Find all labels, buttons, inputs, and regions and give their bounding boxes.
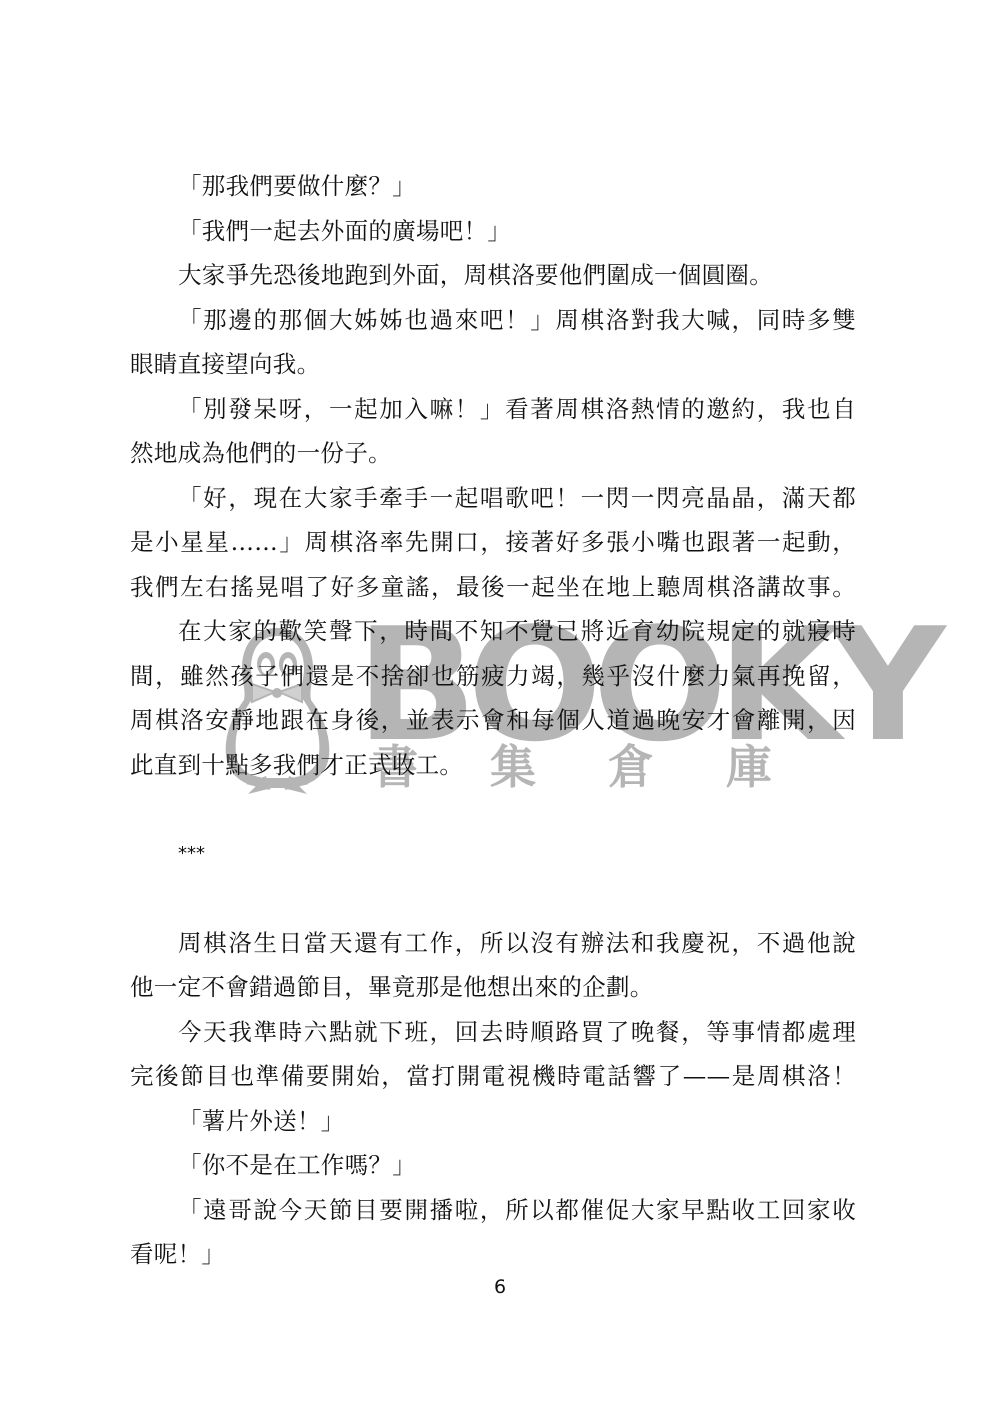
paragraph-line: 周棋洛生日當天還有工作，所以沒有辦法和我慶祝，不過他說 <box>130 921 856 966</box>
paragraph-line: 是小星星……」周棋洛率先開口，接著好多張小嘴也跟著一起動， <box>130 520 856 565</box>
paragraph-line: 完後節目也準備要開始，當打開電視機時電話響了——是周棋洛！ <box>130 1054 856 1099</box>
paragraph-line: 「我們一起去外面的廣場吧！」 <box>130 209 856 254</box>
paragraph-line: 「薯片外送！」 <box>130 1099 856 1144</box>
spacer <box>130 787 856 832</box>
paragraph-line: 「好，現在大家手牽手一起唱歌吧！一閃一閃亮晶晶，滿天都 <box>130 476 856 521</box>
paragraph-line: 看呢！」 <box>130 1232 856 1277</box>
paragraph-line: 間，雖然孩子們還是不捨卻也筋疲力竭，幾乎沒什麼力氣再挽留， <box>130 654 856 699</box>
paragraph-line: 此直到十點多我們才正式收工。 <box>130 743 856 788</box>
page-number: 6 <box>0 1272 1000 1302</box>
paragraph-line: 「那我們要做什麼？」 <box>130 164 856 209</box>
paragraph-line: 「你不是在工作嗎？」 <box>130 1143 856 1188</box>
spacer <box>130 876 856 921</box>
document-body: 「那我們要做什麼？」 「我們一起去外面的廣場吧！」 大家爭先恐後地跑到外面，周棋… <box>130 164 856 1277</box>
section-separator: *** <box>130 832 856 877</box>
paragraph-line: 「遠哥說今天節目要開播啦，所以都催促大家早點收工回家收 <box>130 1188 856 1233</box>
paragraph-line: 他一定不會錯過節目，畢竟那是他想出來的企劃。 <box>130 965 856 1010</box>
paragraph-line: 然地成為他們的一份子。 <box>130 431 856 476</box>
paragraph-line: 大家爭先恐後地跑到外面，周棋洛要他們圍成一個圓圈。 <box>130 253 856 298</box>
paragraph-line: 周棋洛安靜地跟在身後，並表示會和每個人道過晚安才會離開，因 <box>130 698 856 743</box>
paragraph-line: 眼睛直接望向我。 <box>130 342 856 387</box>
paragraph-line: 「別發呆呀，一起加入嘛！」看著周棋洛熱情的邀約，我也自 <box>130 387 856 432</box>
document-page: BOOKY 書 集 倉 庫 「那我們要做什麼？」 「我們一起去外面的廣場吧！」 … <box>0 0 1000 1419</box>
paragraph-line: 在大家的歡笑聲下，時間不知不覺已將近育幼院規定的就寢時 <box>130 609 856 654</box>
paragraph-line: 今天我準時六點就下班，回去時順路買了晚餐，等事情都處理 <box>130 1010 856 1055</box>
paragraph-line: 我們左右搖晃唱了好多童謠，最後一起坐在地上聽周棋洛講故事。 <box>130 565 856 610</box>
paragraph-line: 「那邊的那個大姊姊也過來吧！」周棋洛對我大喊，同時多雙 <box>130 298 856 343</box>
